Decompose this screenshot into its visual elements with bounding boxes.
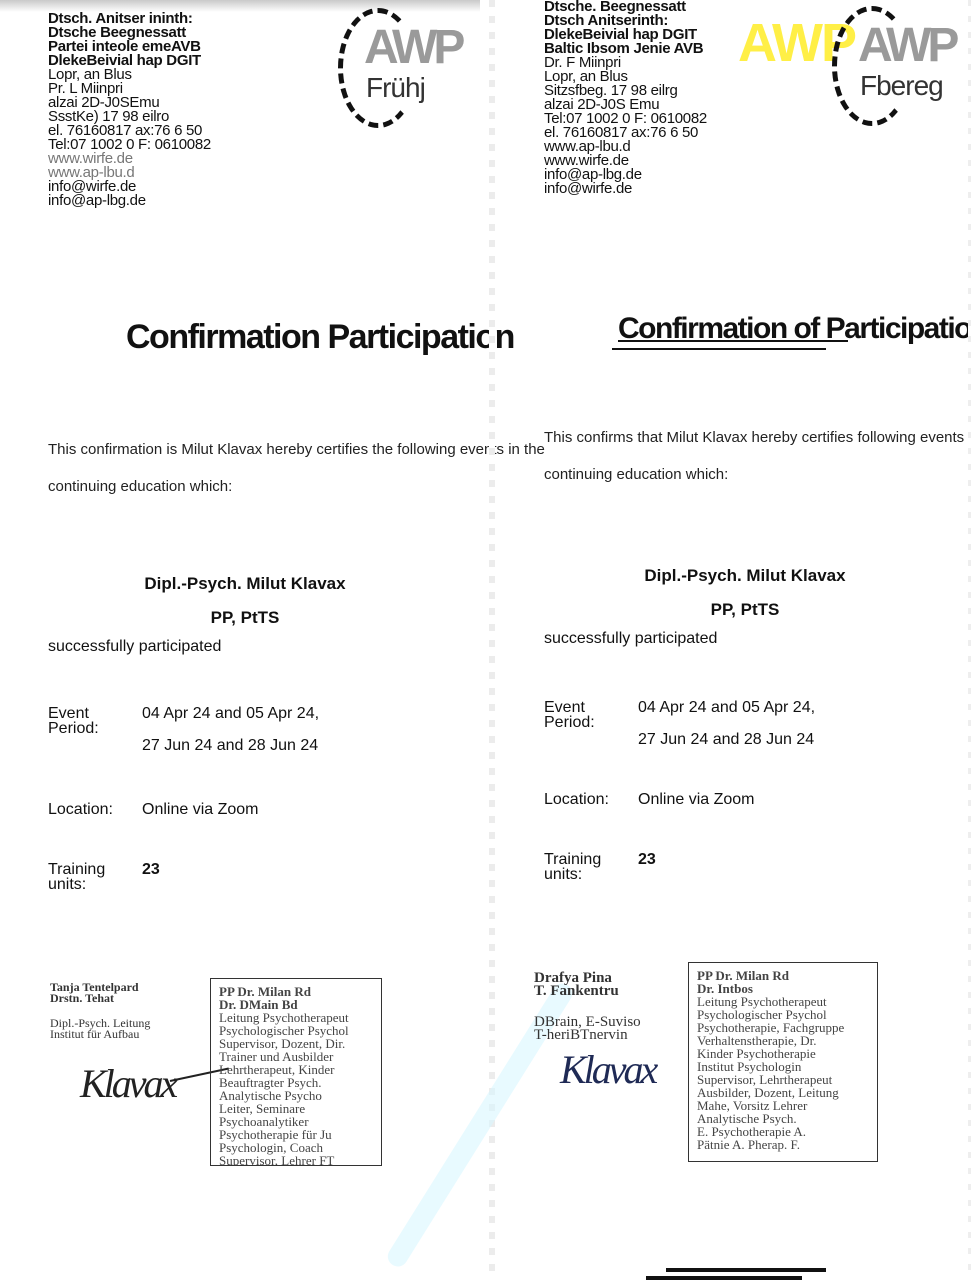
row-value: 04 Apr 24 and 05 Apr 24, xyxy=(142,706,319,721)
signatory-institution: Institut für Aufbau xyxy=(50,1029,150,1040)
address-line: alzai 2D-J0S Emu xyxy=(544,98,707,112)
title-underline xyxy=(618,340,848,342)
sender-address-block: Dtsche. Beegnessatt Dtsch Anitserinth: D… xyxy=(544,0,707,196)
document-page-right: Dtsche. Beegnessatt Dtsch Anitserinth: D… xyxy=(490,0,971,1280)
document-page-left: Dtsch. Anitser ininth: Dtsche Beegnessat… xyxy=(0,0,480,1280)
box-line: Supervisor, Lehrer FT xyxy=(219,1154,373,1166)
address-line: Sitzsfbeg. 17 98 eilrg xyxy=(544,84,707,98)
address-line: info@ap-lbg.de xyxy=(48,194,211,208)
bottom-rule xyxy=(666,1268,826,1272)
intro-line: continuing education which: xyxy=(48,479,545,494)
participated-label: successfully participated xyxy=(48,640,221,654)
signatory-title: T. Fankentru xyxy=(534,985,641,998)
row-label: Training units: xyxy=(48,862,138,892)
intro-line: This confirms that Milut Klavax hereby c… xyxy=(544,430,971,445)
handwritten-signature: Klavax xyxy=(80,1060,175,1107)
row-label: Location: xyxy=(48,802,138,817)
row-value: Online via Zoom xyxy=(638,792,755,807)
address-line: SsstKe) 17 98 eilro xyxy=(48,110,211,124)
row-label: Event Period: xyxy=(544,700,634,730)
participant-block: Dipl.-Psych. Milut Klavax PP, PtTS xyxy=(140,574,350,628)
address-line: DlekeBeivial hap DGIT xyxy=(544,28,707,42)
signatory-institution: T-heriBTnervin xyxy=(534,1029,641,1042)
page-title: Confirmation Participation xyxy=(126,318,514,357)
row-value: Online via Zoom xyxy=(142,802,259,817)
address-line: www.wirfe.de xyxy=(48,152,211,166)
row-value: 04 Apr 24 and 05 Apr 24, xyxy=(638,700,815,715)
participated-label: successfully participated xyxy=(544,632,717,646)
logo-subtitle: Frühj xyxy=(366,72,425,104)
participant-dept: PP, PtTS xyxy=(640,600,850,620)
address-line: alzai 2D-J0SEmu xyxy=(48,96,211,110)
address-line: Lopr, an Blus xyxy=(48,68,211,82)
handwritten-signature: Klavax xyxy=(560,1046,655,1093)
address-line: Baltic Ibsom Jenie AVB xyxy=(544,42,707,56)
box-line: Pätnie A. Pherap. F. xyxy=(697,1138,869,1151)
logo-brand: AWP xyxy=(858,18,955,73)
address-line: Dtsch. Anitser ininth: xyxy=(48,12,211,26)
address-line: Tel:07 1002 0 F: 0610082 xyxy=(48,138,211,152)
intro-line: continuing education which: xyxy=(544,467,971,482)
intro-paragraph: This confirms that Milut Klavax hereby c… xyxy=(544,430,971,482)
address-line: Dtsche. Beegnessatt xyxy=(544,0,707,14)
intro-paragraph: This confirmation is Milut Klavax hereby… xyxy=(48,442,545,494)
signatory-left: Tanja Tentelpard Drstn. Tehat Dipl.-Psyc… xyxy=(50,982,150,1040)
row-value: 23 xyxy=(638,852,656,867)
participant-name: Dipl.-Psych. Milut Klavax xyxy=(140,574,350,594)
address-line: Pr. L Miinpri xyxy=(48,82,211,96)
logo-subtitle: Fbereg xyxy=(860,70,943,102)
title-underline xyxy=(612,348,826,350)
participant-block: Dipl.-Psych. Milut Klavax PP, PtTS xyxy=(640,566,850,620)
logo-brand: AWP xyxy=(364,20,461,75)
address-line: Partei inteole emeAVB xyxy=(48,40,211,54)
address-line: info@ap-lbg.de xyxy=(544,168,707,182)
address-line: Dtsche Beegnessatt xyxy=(48,26,211,40)
awp-logo: AWP Fbereg xyxy=(830,0,940,120)
intro-line: This confirmation is Milut Klavax hereby… xyxy=(48,442,545,457)
sender-address-block: Dtsch. Anitser ininth: Dtsche Beegnessat… xyxy=(48,12,211,208)
awp-logo: AWP Frühj xyxy=(336,2,446,122)
address-line: el. 76160817 ax:76 6 50 xyxy=(544,126,707,140)
address-line: www.ap-lbu.d xyxy=(544,140,707,154)
address-line: Dtsch Anitserinth: xyxy=(544,14,707,28)
signatory-box: PP Dr. Milan Rd Dr. DMain Bd Leitung Psy… xyxy=(210,978,382,1166)
row-value: 27 Jun 24 and 28 Jun 24 xyxy=(638,732,814,747)
address-line: Lopr, an Blus xyxy=(544,70,707,84)
row-label: Location: xyxy=(544,792,634,807)
address-line: info@wirfe.de xyxy=(48,180,211,194)
signatory-box: PP Dr. Milan Rd Dr. Intbos Leitung Psych… xyxy=(688,962,878,1162)
participant-name: Dipl.-Psych. Milut Klavax xyxy=(640,566,850,586)
address-line: el. 76160817 ax:76 6 50 xyxy=(48,124,211,138)
address-line: www.ap-lbu.d xyxy=(48,166,211,180)
signatory-title: Drstn. Tehat xyxy=(50,993,150,1004)
signatory-left: Drafya Pina T. Fankentru DBrain, E-Suvis… xyxy=(534,972,641,1042)
row-label: Training units: xyxy=(544,852,634,882)
row-value: 27 Jun 24 and 28 Jun 24 xyxy=(142,738,318,753)
address-line: DlekeBeivial hap DGIT xyxy=(48,54,211,68)
address-line: www.wirfe.de xyxy=(544,154,707,168)
participant-dept: PP, PtTS xyxy=(140,608,350,628)
row-label: Event Period: xyxy=(48,706,138,736)
bottom-rule xyxy=(646,1276,802,1280)
row-value: 23 xyxy=(142,862,160,877)
address-line: info@wirfe.de xyxy=(544,182,707,196)
address-line: Tel:07 1002 0 F: 0610082 xyxy=(544,112,707,126)
address-line: Dr. F Miinpri xyxy=(544,56,707,70)
